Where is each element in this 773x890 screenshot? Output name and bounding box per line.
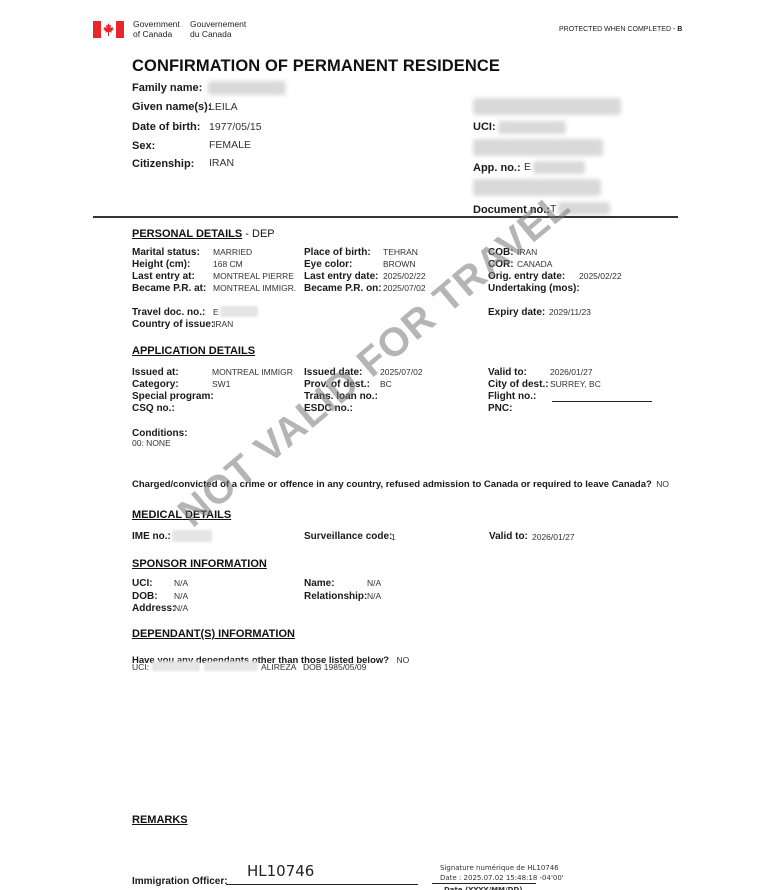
- gov-en-line2: of Canada: [133, 30, 180, 40]
- redacted-field-2: [473, 139, 603, 156]
- last-entry-at-value: MONTREAL PIERRE: [213, 271, 294, 281]
- date-caption: Date (YYYY/MM/DD): [444, 885, 522, 890]
- surveillance-value: 1: [391, 532, 396, 542]
- eye-color-value: BROWN: [383, 259, 416, 269]
- digital-signature-line1: Signature numérique de HL10746: [440, 863, 564, 873]
- became-pr-at-value: MONTREAL IMMIGR.: [213, 283, 296, 293]
- document-no-value: T: [550, 203, 556, 215]
- dob-label: Date of birth:: [132, 121, 200, 133]
- valid-to-value: 2026/01/27: [550, 367, 593, 377]
- sponsor-uci-value: N/A: [174, 578, 188, 588]
- ime-label: IME no.:: [132, 531, 171, 542]
- csq-label: CSQ no.:: [132, 403, 175, 414]
- digital-signature-block: Signature numérique de HL10746 Date : 20…: [440, 863, 564, 883]
- canada-flag-icon: [93, 21, 124, 38]
- digital-signature-line2: Date : 2025.07.02 15:48:18 -04'00': [440, 873, 564, 883]
- cob-value: IRAN: [517, 247, 537, 257]
- redacted-field-1: [473, 98, 621, 115]
- criminality-answer: NO: [656, 479, 669, 489]
- issued-at-label: Issued at:: [132, 367, 179, 378]
- gov-fr-line2: du Canada: [190, 30, 246, 40]
- travel-doc-label: Travel doc. no.:: [132, 307, 205, 318]
- issued-date-label: Issued date:: [304, 367, 362, 378]
- travel-doc-value: E: [213, 307, 219, 317]
- issued-date-value: 2025/07/02: [380, 367, 423, 377]
- sex-value: FEMALE: [209, 139, 251, 151]
- sponsor-dob-label: DOB:: [132, 591, 158, 602]
- dependant-dob: DOB 1985/05/09: [303, 662, 366, 672]
- ime-redacted: [172, 530, 212, 542]
- expiry-date-label: Expiry date:: [488, 307, 545, 318]
- document-no-redacted: [558, 202, 610, 215]
- cob-label: COB:: [488, 247, 514, 258]
- header-divider: [93, 216, 678, 218]
- application-details-heading: APPLICATION DETAILS: [132, 345, 255, 357]
- country-of-issue-value: IRAN: [213, 319, 233, 329]
- marital-status-label: Marital status:: [132, 247, 200, 258]
- pnc-label: PNC:: [488, 403, 512, 414]
- citizenship-label: Citizenship:: [132, 158, 194, 170]
- family-name-label: Family name:: [132, 82, 202, 94]
- flight-label: Flight no.:: [488, 391, 536, 402]
- esdc-label: ESDC no.:: [304, 403, 353, 414]
- place-of-birth-value: TEHRAN: [383, 247, 418, 257]
- category-value: SW1: [212, 379, 230, 389]
- redacted-field-3: [473, 179, 601, 196]
- last-entry-at-label: Last entry at:: [132, 271, 195, 282]
- date-signature-line: [432, 883, 536, 884]
- category-label: Category:: [132, 379, 179, 390]
- flight-underline: [552, 401, 652, 402]
- sponsor-address-value: N/A: [174, 603, 188, 613]
- sponsor-relationship-label: Relationship:: [304, 591, 367, 602]
- dob-value: 1977/05/15: [209, 121, 262, 133]
- eye-color-label: Eye color:: [304, 259, 352, 270]
- became-pr-on-label: Became P.R. on:: [304, 283, 382, 294]
- officer-signature-line: [226, 884, 418, 885]
- officer-signature: HL10746: [247, 862, 314, 880]
- place-of-birth-label: Place of birth:: [304, 247, 371, 258]
- conditions-value: 00: NONE: [132, 438, 171, 448]
- last-entry-date-value: 2025/02/22: [383, 271, 426, 281]
- travel-doc-redacted: [220, 306, 258, 317]
- dependant-surname-redacted: [204, 661, 258, 671]
- dependant-uci-label: UCI:: [132, 662, 149, 672]
- personal-details-heading: PERSONAL DETAILS - DEP: [132, 224, 275, 242]
- uci-redacted: [498, 121, 566, 134]
- personal-details-title: PERSONAL DETAILS: [132, 228, 242, 240]
- height-value: 168 CM: [213, 259, 243, 269]
- cor-label: COR:: [488, 259, 514, 270]
- cor-value: CANADA: [517, 259, 552, 269]
- protected-classification: PROTECTED WHEN COMPLETED - B: [559, 26, 682, 33]
- prov-dest-label: Prov. of dest.:: [304, 379, 370, 390]
- given-names-value: LEILA: [209, 101, 238, 113]
- country-of-issue-label: Country of issue:: [132, 319, 214, 330]
- sponsor-information-heading: SPONSOR INFORMATION: [132, 558, 267, 570]
- surveillance-label: Surveillance code:: [304, 531, 392, 542]
- prov-dest-value: BC: [380, 379, 392, 389]
- criminality-question: Charged/convicted of a crime or offence …: [132, 474, 669, 492]
- protected-label: PROTECTED WHEN COMPLETED -: [559, 26, 677, 33]
- became-pr-at-label: Became P.R. at:: [132, 283, 206, 294]
- app-no-redacted: [533, 161, 585, 174]
- sponsor-uci-label: UCI:: [132, 578, 153, 589]
- immigration-officer-label: Immigration Officer:: [132, 876, 228, 887]
- given-names-label: Given name(s):: [132, 101, 211, 113]
- dependant-uci-redacted: [152, 661, 200, 671]
- app-no-value: E: [524, 161, 531, 173]
- became-pr-on-value: 2025/07/02: [383, 283, 426, 293]
- medical-valid-to-value: 2026/01/27: [532, 532, 575, 542]
- document-title: CONFIRMATION OF PERMANENT RESIDENCE: [132, 57, 500, 76]
- sponsor-name-label: Name:: [304, 578, 335, 589]
- sex-label: Sex:: [132, 140, 155, 152]
- gov-of-canada-en: Government of Canada: [133, 20, 180, 39]
- marital-status-value: MARRIED: [213, 247, 252, 257]
- medical-valid-to-label: Valid to:: [489, 531, 528, 542]
- last-entry-date-label: Last entry date:: [304, 271, 378, 282]
- height-label: Height (cm):: [132, 259, 190, 270]
- document-no-label: Document no.:: [473, 204, 550, 216]
- personal-details-suffix: - DEP: [242, 228, 274, 240]
- remarks-heading: REMARKS: [132, 814, 188, 826]
- app-no-label: App. no.:: [473, 162, 521, 174]
- special-program-label: Special program:: [132, 391, 214, 402]
- sponsor-name-value: N/A: [367, 578, 381, 588]
- protected-level: B: [677, 26, 682, 33]
- medical-details-heading: MEDICAL DETAILS: [132, 509, 231, 521]
- dependants-heading: DEPENDANT(S) INFORMATION: [132, 628, 295, 640]
- gov-of-canada-fr: Gouvernement du Canada: [190, 20, 246, 39]
- city-dest-value: SURREY, BC: [550, 379, 601, 389]
- citizenship-value: IRAN: [209, 157, 234, 169]
- orig-entry-date-label: Orig. entry date:: [488, 271, 565, 282]
- sponsor-dob-value: N/A: [174, 591, 188, 601]
- city-dest-label: City of dest.:: [488, 379, 549, 390]
- dependants-answer: NO: [397, 655, 410, 665]
- sponsor-relationship-value: N/A: [367, 591, 381, 601]
- expiry-date-value: 2029/11/23: [549, 307, 591, 317]
- dependant-name: ALIREZA: [261, 662, 296, 672]
- orig-entry-date-value: 2025/02/22: [579, 271, 622, 281]
- trans-loan-label: Trans. loan no.:: [304, 391, 378, 402]
- sponsor-address-label: Address:: [132, 603, 175, 614]
- issued-at-value: MONTREAL IMMIGR: [212, 367, 293, 377]
- undertaking-label: Undertaking (mos):: [488, 283, 580, 294]
- valid-to-label: Valid to:: [488, 367, 527, 378]
- criminality-question-text: Charged/convicted of a crime or offence …: [132, 479, 652, 490]
- family-name-redacted: [208, 81, 286, 95]
- uci-label: UCI:: [473, 121, 496, 133]
